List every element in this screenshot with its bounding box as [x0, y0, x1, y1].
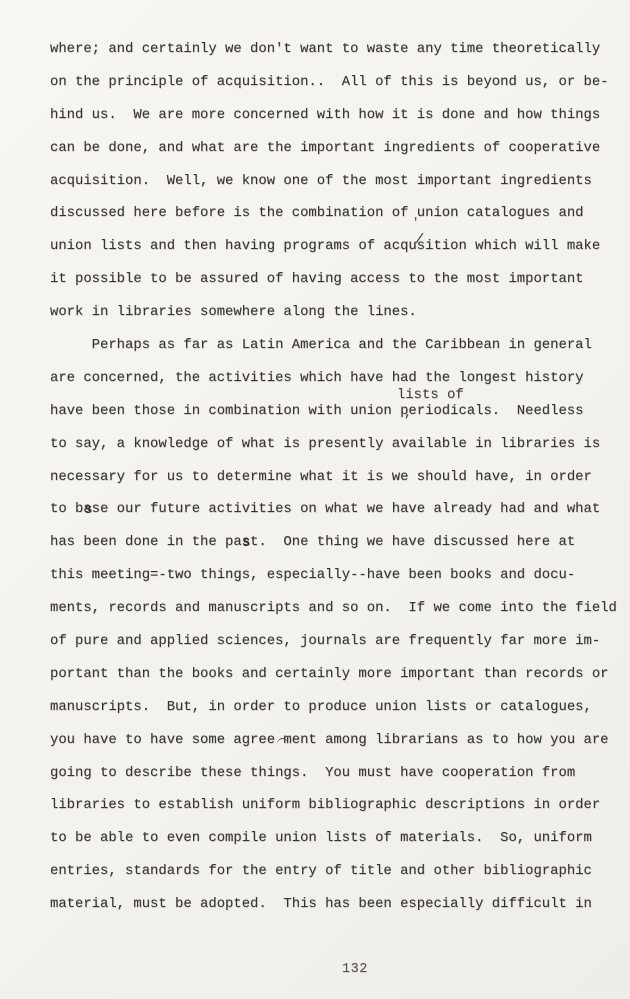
insertion-caret-mark: ,: [404, 406, 412, 419]
text-line: it possible to be assured of having acce…: [50, 263, 625, 296]
text-line: libraries to establish uniform bibliogra…: [50, 789, 625, 822]
text-line: have been those in combination with unio…: [50, 395, 625, 428]
text-line: where; and certainly we don't want to wa…: [50, 33, 625, 66]
insertion-apostrophe-mark: ': [412, 217, 419, 229]
text-line: work in libraries somewhere along the li…: [50, 296, 625, 329]
deletion-slash-mark: /: [414, 233, 424, 248]
closeup-arc-mark-icon: [277, 738, 288, 745]
text-line: Perhaps as far as Latin America and the …: [50, 329, 625, 362]
text-line: union lists and then having programs of …: [50, 230, 625, 263]
overstrike-character: s: [242, 527, 250, 560]
scanned-page: where; and certainly we don't want to wa…: [0, 0, 630, 999]
text-line: you have to have some agree ment among l…: [50, 724, 625, 757]
text-line: can be done, and what are the important …: [50, 132, 625, 165]
text-line: portant than the books and certainly mor…: [50, 658, 625, 691]
text-line: discussed here before is the combination…: [50, 197, 625, 230]
text-line: to be able to even compile union lists o…: [50, 822, 625, 855]
text-line: acquisition. Well, we know one of the mo…: [50, 165, 625, 198]
text-line: entries, standards for the entry of titl…: [50, 855, 625, 888]
typewritten-text-block: where; and certainly we don't want to wa…: [50, 33, 625, 921]
text-line: to say, a knowledge of what is presently…: [50, 428, 625, 461]
text-line: necessary for us to determine what it is…: [50, 461, 625, 494]
text-line: of pure and applied sciences, journals a…: [50, 625, 625, 658]
text-line: hind us. We are more concerned with how …: [50, 99, 625, 132]
page-number: 132: [342, 962, 368, 978]
text-line: on the principle of acquisition.. All of…: [50, 66, 625, 99]
text-line: manuscripts. But, in order to produce un…: [50, 691, 625, 724]
text-line: to base our future activities on what we…: [50, 493, 625, 526]
text-line: this meeting=-two things, especially--ha…: [50, 559, 625, 592]
overstrike-character: s: [84, 494, 92, 527]
text-line: material, must be adopted. This has been…: [50, 888, 625, 921]
text-line: has been done in the past. One thing we …: [50, 526, 625, 559]
text-line: going to describe these things. You must…: [50, 757, 625, 790]
text-line: are concerned, the activities which have…: [50, 362, 625, 395]
text-line: ments, records and manuscripts and so on…: [50, 592, 625, 625]
interlinear-insertion-text: lists of: [397, 389, 464, 403]
